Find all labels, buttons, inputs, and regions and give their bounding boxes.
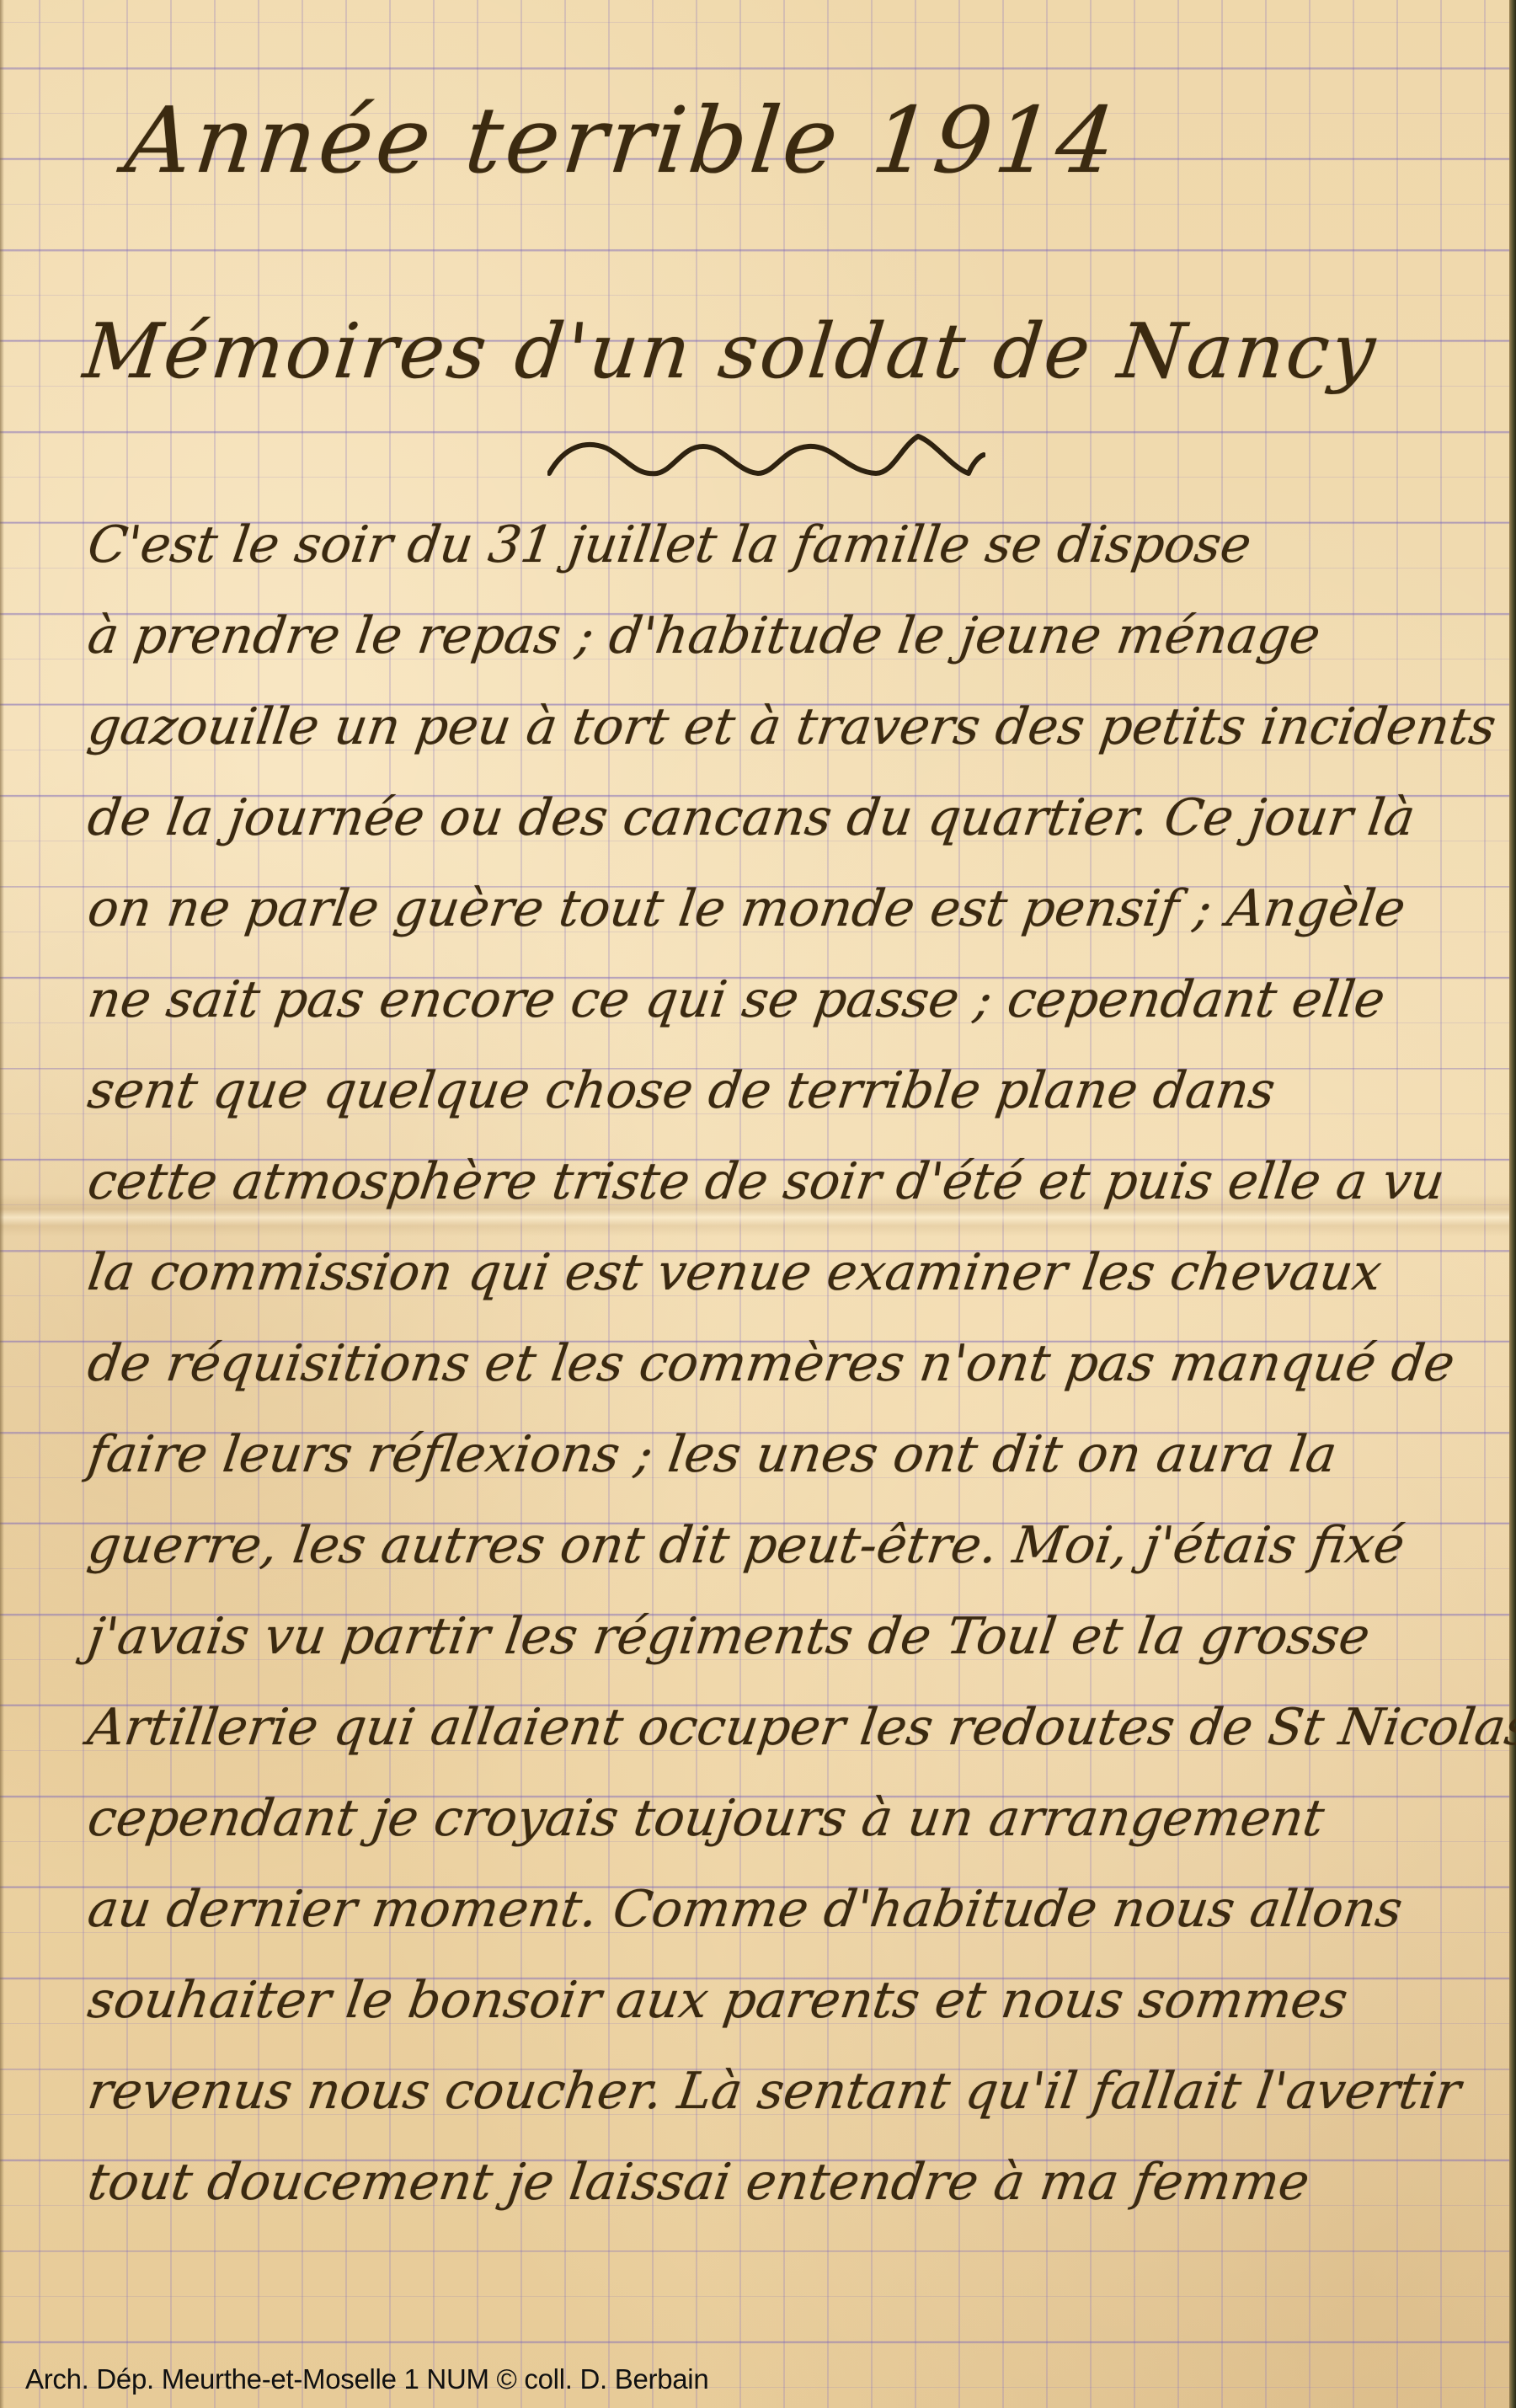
manuscript-line: de réquisitions et les commères n'ont pa… bbox=[84, 1334, 1458, 1393]
manuscript-line: la commission qui est venue examiner les… bbox=[84, 1243, 1385, 1302]
manuscript-line: au dernier moment. Comme d'habitude nous… bbox=[84, 1880, 1406, 1939]
manuscript-line: j'avais vu partir les régiments de Toul … bbox=[84, 1607, 1374, 1666]
manuscript-line: faire leurs réflexions ; les unes ont di… bbox=[84, 1425, 1341, 1484]
manuscript-line: C'est le soir du 31 juillet la famille s… bbox=[84, 515, 1255, 574]
manuscript-line: gazouille un peu à tort et à travers des… bbox=[84, 697, 1500, 756]
manuscript-line: souhaiter le bonsoir aux parents et nous… bbox=[84, 1971, 1351, 2030]
manuscript-line: de la journée ou des cancans du quartier… bbox=[84, 788, 1418, 847]
manuscript-line: cette atmosphère triste de soir d'été et… bbox=[84, 1152, 1448, 1211]
manuscript-line: ne sait pas encore ce qui se passe ; cep… bbox=[84, 970, 1389, 1029]
manuscript-line: Artillerie qui allaient occuper les redo… bbox=[84, 1698, 1516, 1757]
manuscript-line: on ne parle guère tout le monde est pens… bbox=[84, 879, 1409, 938]
manuscript-line: guerre, les autres ont dit peut-être. Mo… bbox=[84, 1516, 1408, 1575]
manuscript-line: sent que quelque chose de terrible plane… bbox=[84, 1061, 1278, 1120]
manuscript-line: tout doucement je laissai entendre à ma … bbox=[84, 2153, 1313, 2212]
manuscript-body: C'est le soir du 31 juillet la famille s… bbox=[0, 0, 1516, 2408]
manuscript-line: revenus nous coucher. Là sentant qu'il f… bbox=[84, 2062, 1465, 2121]
archive-credit-caption: Arch. Dép. Meurthe-et-Moselle 1 NUM © co… bbox=[25, 2363, 708, 2395]
manuscript-line: cependant je croyais toujours à un arran… bbox=[84, 1789, 1327, 1848]
manuscript-line: à prendre le repas ; d'habitude le jeune… bbox=[84, 606, 1324, 665]
manuscript-page: Année terrible 1914 Mémoires d'un soldat… bbox=[0, 0, 1516, 2408]
